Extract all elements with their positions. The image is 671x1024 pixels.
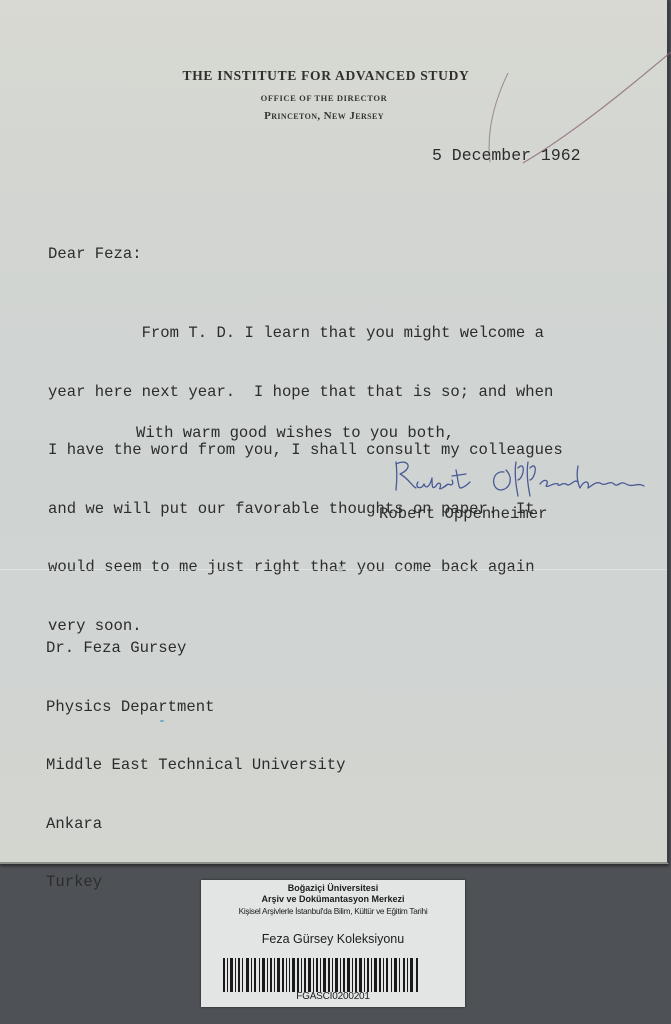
typed-signatory-name: Robert Oppenheimer (379, 505, 547, 525)
body-line: From T. D. I learn that you might welcom… (48, 324, 563, 344)
paper-blemish (338, 566, 343, 572)
archive-label: Boğaziçi Üniversitesi Arşiv ve Dokümanta… (201, 880, 465, 1007)
body-line: year here next year. I hope that that is… (48, 383, 563, 403)
body-line: would seem to me just right that you com… (48, 558, 563, 578)
handwritten-signature (392, 456, 652, 500)
address-line: Middle East Technical University (46, 756, 345, 776)
barcode-icon (223, 958, 419, 992)
label-center: Arşiv ve Dokümantasyon Merkezi (201, 894, 465, 904)
label-project: Kişisel Arşivlerle İstanbul'da Bilim, Kü… (201, 906, 465, 916)
letter-page: THE INSTITUTE FOR ADVANCED STUDY OFFICE … (0, 0, 669, 864)
closing: With warm good wishes to you both, (136, 424, 454, 444)
letter-date: 5 December 1962 (432, 146, 581, 166)
salutation: Dear Feza: (48, 245, 142, 265)
address-line: Dr. Feza Gursey (46, 639, 345, 659)
barcode-id: FGASCI0200201 (201, 991, 465, 1002)
label-university: Boğaziçi Üniversitesi (201, 883, 465, 893)
ink-speck (160, 720, 164, 722)
address-line: Ankara (46, 815, 345, 835)
label-collection: Feza Gürsey Koleksiyonu (201, 932, 465, 946)
address-line: Physics Department (46, 698, 345, 718)
